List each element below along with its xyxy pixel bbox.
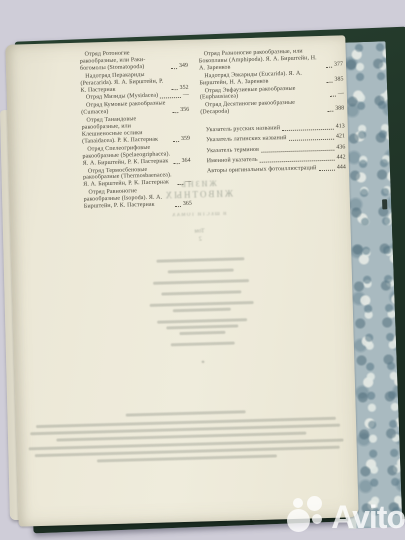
book-photo-scene: Отряд Ротоногие ракообразные, или Раки-б… — [0, 0, 405, 540]
index-entry-title: Указатель русских названий — [201, 125, 281, 134]
leader-dots — [326, 81, 332, 82]
toc-entry-title: Отряд Десятиногие ракообразные (Decapoda… — [200, 99, 325, 116]
leader-dots — [319, 170, 335, 171]
avito-dot-small-icon — [293, 498, 303, 508]
toc-entry-page: 356 — [179, 107, 189, 114]
bleedthrough-subtitle: В ШЕСТИ ТОМАХ — [171, 212, 226, 219]
toc-entry-title: Отряд Танаидовые ракообразные, или Клешн… — [81, 115, 171, 145]
toc-entry-page: 349 — [178, 63, 188, 70]
leader-dots — [160, 97, 181, 99]
index-entry: Именной указатель 442 — [202, 154, 346, 165]
toc-index-block: Указатель русских названий 413 Указатель… — [201, 124, 346, 176]
index-entry-page: 436 — [335, 144, 345, 151]
toc-entry-page: 388 — [334, 106, 344, 113]
toc-entry-page: 359 — [180, 136, 190, 143]
index-entry: Авторы оригинальных фотоиллюстраций 444 — [202, 165, 346, 176]
bleedthrough-line — [168, 269, 234, 274]
index-entry-title: Указатель латинских названий — [201, 135, 287, 144]
bleedthrough-line — [171, 342, 235, 347]
toc-entry-title: Надотряд Перакариды (Peracarida). Я. А. … — [80, 71, 170, 94]
bleedthrough-text: ЖИЗНЬ ЖИВОТНЫХ В ШЕСТИ ТОМАХ Том 2 * — [39, 175, 362, 372]
bleedthrough-line — [157, 318, 247, 324]
leader-dots — [173, 141, 179, 142]
toc-entry: Отряд Десятиногие ракообразные (Decapoda… — [200, 99, 344, 117]
bleedthrough-series-title-1: ЖИЗНЬ — [180, 179, 218, 189]
bleedthrough-line — [156, 257, 244, 262]
toc-entry: Отряд Танаидовые ракообразные, или Клешн… — [81, 115, 190, 146]
index-entry-page: 421 — [335, 134, 345, 141]
leader-dots — [260, 160, 335, 163]
leader-dots — [289, 139, 334, 141]
toc-entry-page: — — [337, 91, 344, 98]
toc-entry: Отряд Разноногие ракообразные, или Бокоп… — [199, 47, 344, 72]
toc-right-column: Отряд Разноногие ракообразные, или Бокоп… — [199, 47, 347, 179]
bleedthrough-series-title-2: ЖИВОТНЫХ — [164, 189, 234, 201]
leader-dots — [174, 163, 180, 164]
leader-dots — [326, 66, 332, 67]
index-entry: Указатель терминов 436 — [201, 144, 345, 155]
toc-entry-title: Отряд Спелеогрифовые ракообразные (Spela… — [82, 144, 172, 167]
toc-entry: Надотряд Перакариды (Peracarida). Я. А. … — [80, 70, 189, 94]
index-entry-page: 444 — [336, 165, 346, 172]
bleedthrough-line — [166, 324, 238, 329]
index-entry-page: 442 — [336, 154, 346, 161]
avito-dot-tiny-icon — [312, 514, 322, 524]
bleedthrough-line — [97, 454, 277, 462]
toc-entry-title: Отряд Разноногие ракообразные, или Бокоп… — [199, 48, 325, 72]
bleedthrough-line — [179, 331, 225, 335]
index-entry-title: Указатель терминов — [201, 147, 259, 156]
bleedthrough-line — [150, 301, 254, 307]
bleedthrough-asterisk: * — [201, 359, 205, 367]
toc-entry-title: Отряд Кумовые ракообразные (Cumacea) — [81, 101, 170, 117]
leader-dots — [327, 111, 333, 112]
index-entry-title: Авторы оригинальных фотоиллюстраций — [202, 166, 317, 176]
leader-dots — [172, 89, 178, 90]
bleedthrough-volume-label: Том — [195, 228, 205, 234]
toc-entry-page: 385 — [333, 76, 343, 83]
book-page: Отряд Ротоногие ракообразные, или Раки-б… — [5, 35, 358, 526]
toc-entry-page: 364 — [181, 157, 191, 164]
avito-watermark: Avito — [287, 496, 405, 538]
toc-entry: Отряд Ротоногие ракообразные, или Раки-б… — [80, 49, 189, 73]
bleedthrough-line — [153, 279, 249, 285]
bleedthrough-line — [173, 308, 231, 313]
leader-dots — [330, 96, 336, 97]
bleedthrough-volume-number: 2 — [198, 236, 201, 242]
toc-entry: Отряд Спелеогрифовые ракообразные (Spela… — [82, 143, 191, 167]
toc-entry-title: Отряд Ротоногие ракообразные, или Раки-б… — [80, 49, 170, 72]
avito-dot-medium-icon — [307, 496, 322, 511]
bleedthrough-paragraphs — [26, 407, 347, 464]
avito-dot-large-icon — [287, 509, 310, 532]
leader-dots — [282, 129, 334, 131]
index-entry-title: Именной указатель — [202, 157, 258, 165]
leader-dots — [172, 112, 178, 113]
bleedthrough-line — [126, 410, 246, 416]
avito-logo-icon — [287, 496, 329, 538]
index-entry-page: 413 — [335, 124, 345, 131]
leader-dots — [261, 149, 334, 152]
index-entry: Указатель латинских названий 421 — [201, 134, 345, 145]
fore-edge-mark — [382, 199, 387, 209]
leader-dots — [171, 68, 177, 69]
index-entry: Указатель русских названий 413 — [201, 124, 345, 135]
avito-logo-text: Avito — [331, 499, 405, 536]
toc-entry-page: — — [182, 92, 189, 99]
bleedthrough-line — [161, 290, 241, 295]
toc-entry-page: 352 — [179, 84, 189, 91]
toc-entry-page: 377 — [333, 61, 343, 68]
